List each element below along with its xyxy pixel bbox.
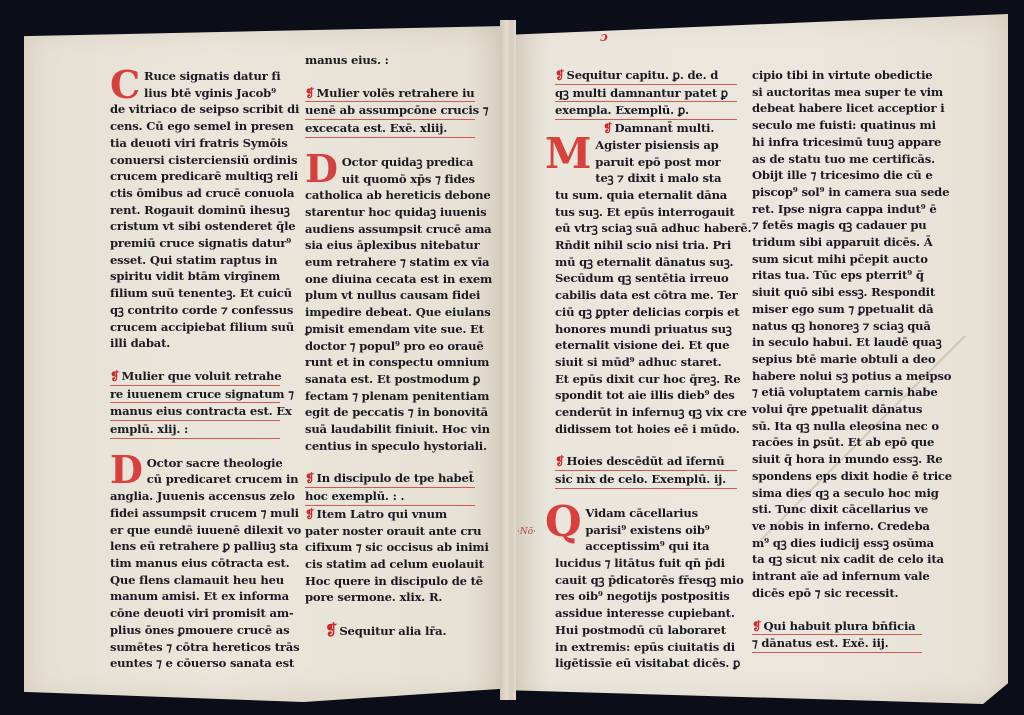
text-line: runt et in conspectu omnium [305, 354, 475, 371]
text-line: piscop⁹ sol⁹ in camera sua sede [752, 184, 922, 201]
text-line: seculo me fuisti: quatinus mi [752, 117, 922, 134]
text-line: acceptissim⁹ qui ita [555, 538, 737, 555]
text-line: siuit q̄ hora in mundo essꝫ. Re [752, 451, 922, 468]
text-line: illi dabat. [110, 335, 280, 352]
text-line: racōes in ꝑsūt. Et ab epō que [752, 434, 922, 451]
text-line: qꝫ contrito corde ⁊ confessus [110, 302, 280, 319]
text-line: sti. Tunc dixit cācellarius ve [752, 501, 922, 518]
text-line: egit de peccatis ⁊ in bonovitā [305, 404, 475, 421]
text-line: eternalit visione dei. Et que [555, 337, 737, 354]
text-line: eū vtrꝫ sciaꝫ suā adhuc haberē. [555, 220, 737, 237]
text-line: si auctoritas mea super te vim [752, 84, 922, 101]
text-line: in extremis: epūs ciuitatis di [555, 639, 737, 656]
text-line: premiū cruce signatis datur⁹ [110, 235, 280, 252]
text-line: Hui postmodū cū laboraret [555, 622, 737, 639]
text-line: de vitriaco de seipso scribit di [110, 101, 280, 118]
paragraph-lines: ❡Sequitur capitu. ꝑ. de. dqꝫ multi damna… [555, 67, 737, 120]
text-line: rent. Rogauit dominū ihesuꝫ [110, 202, 280, 219]
pilcrow-mark: ❡ [305, 86, 315, 100]
text-line: mū qꝫ eternalit dānatus suꝫ. [555, 254, 737, 271]
paragraph: D Octor quidaꝫ predicauit quomō xp̄s ⁊ f… [305, 154, 475, 455]
rubric-heading: ❡Sequitur capitu. ꝑ. de. dqꝫ multi damna… [555, 67, 737, 120]
paragraph-lines: ❡Damnant̄ multi. [603, 120, 737, 137]
text-line: ciū qꝫ ꝑpter delicias corpis et [555, 304, 737, 321]
text-line: suā laudabilit finiuit. Hoc vin [305, 421, 475, 438]
text-line: ve nobis in inferno. Credeba [752, 518, 922, 535]
pilcrow-mark: ❡ [305, 471, 315, 485]
text-line: spondens eps dixit hodie ē trice [752, 468, 922, 485]
text-line: cabilis data est cōtra me. Ter [555, 287, 737, 304]
text-line: hi infra tricesimū tuuꝫ appare [752, 134, 922, 151]
text-line: Hoc quere in discipulo de tē [305, 573, 475, 590]
text-line: ❡In discipulo de tpe habet̄ [305, 470, 475, 488]
rubricated-initial: Q [545, 505, 581, 539]
text-line: audiens assumpsit crucē ama [305, 221, 475, 238]
text-line: conuersi cisterciensiū ordinis [110, 152, 280, 169]
pilcrow-mark: ❡ [110, 369, 120, 383]
text-line: re iuuenem cruce signatum ⁊ [110, 386, 280, 404]
pilcrow-mark: ❡ [305, 507, 315, 521]
text-line: ritas tua. Tūc eps pterrit⁹ q̄ [752, 267, 922, 284]
text-column-right-b: cipio tibi in virtute obedictiesi auctor… [752, 67, 922, 669]
text-line: ❡Hoies descēdūt ad īfernū [555, 453, 737, 471]
text-line: sic nix de celo. Exemplū. ij. [555, 471, 737, 489]
text-line: dicēs epō ⁊ sic recessit. [752, 585, 922, 602]
paragraph-lines: ❡Qui habuit plura bn̄ficia⁊ dānatus est.… [752, 618, 922, 653]
text-line: spiritu vidit btām virgīnem [110, 268, 280, 285]
margin-note: ·Nō· [517, 527, 536, 537]
text-line: plum vt nullus causam fidei [305, 287, 475, 304]
text-line: habere nolui sꝫ potius a meipso [752, 368, 922, 385]
text-line: catholica ab hereticis debone [305, 187, 475, 204]
text-line: tridum sibi apparuit dicēs. Ā [752, 234, 922, 251]
pilcrow-mark: ❡ [603, 121, 613, 135]
text-line: one diuina cecata est in exem [305, 271, 475, 288]
text-line: ⁊ dānatus est. Exē. iij. [752, 635, 922, 653]
paragraph-lines: ❡Hoies descēdūt ad īfernūsic nix de celo… [555, 453, 737, 488]
text-line: cipio tibi in virtute obedictie [752, 67, 922, 84]
text-line: Vidam cācellarius [555, 505, 737, 522]
text-column-left-b: manus eius. : ❡Mulier volēs retrahere iu… [305, 52, 475, 640]
text-line: cis statim ad celum euolauit [305, 556, 475, 573]
text-line: sumētes ⁊ cōtra hereticos trās [110, 639, 280, 656]
book-gutter [500, 20, 516, 700]
text-line: m⁹ qꝫ dies iudicij essꝫ osūma [752, 535, 922, 552]
text-line: miser ego sum ⁊ ꝑpetualit dā [752, 301, 922, 318]
text-line: Rn̄dit nihil scio nisi tria. Pri [555, 237, 737, 254]
text-line: tia deuoti viri fratris Symōis [110, 135, 280, 152]
text-line: as de statu tuo me certificās. [752, 151, 922, 168]
text-line: starentur hoc quidaꝫ iuuenis [305, 204, 475, 221]
text-line: eum retrahere ⁊ statim ex vīa [305, 254, 475, 271]
text-line: ꝑmisit emendam vite sue. Et [305, 321, 475, 338]
folio-mark: ɔ [600, 30, 608, 45]
text-line: Que flens clamauit heu heu [110, 572, 280, 589]
rubric-heading: ❡Qui habuit plura bn̄ficia⁊ dānatus est.… [752, 618, 922, 653]
paragraph-lines: ❡Item Latro qui vnumpater noster orauit … [305, 506, 475, 606]
text-line: parisi⁹ existens oib⁹ [555, 522, 737, 539]
paragraph-lines: manus eius. : [305, 52, 475, 69]
text-line: cristum vt sibi ostenderet q̄le [110, 218, 280, 235]
paragraph: ❡Item Latro qui vnumpater noster orauit … [305, 506, 475, 606]
text-line: ❡Item Latro qui vnum [305, 506, 475, 523]
text-line: sima dies qꝫ a seculo hoc mig [752, 485, 922, 502]
pilcrow-mark: ❡ [555, 68, 565, 82]
paragraph: C Ruce signatis datur filius btē vginis … [110, 68, 280, 352]
paragraph-lines: ❡Mulier que voluit retrahere iuuenem cru… [110, 368, 280, 439]
text-line: siuit quō sibi essꝫ. Respondit [752, 284, 922, 301]
text-line: doctor ⁊ popul⁹ pro eo orauē [305, 338, 475, 355]
text-line: uenē ab assumpcōne crucis ⁊ [305, 102, 475, 120]
text-line: fectam ⁊ plenam penitentiam [305, 388, 475, 405]
paragraph: Q Vidam cācellariusparisi⁹ existens oib⁹… [555, 505, 737, 672]
text-line: intrant aīe ad infernum vale [752, 568, 922, 585]
rubricated-initial: D [110, 455, 143, 485]
text-line: sum sicut mihi pc̄epit aucto [752, 251, 922, 268]
text-line: lens eū retrahere ꝑ palliuꝫ sta [110, 538, 280, 555]
text-line: qꝫ multi damnantur patet ꝑ [555, 85, 737, 103]
rubric-heading: ❡Mulier volēs retrahere iuuenē ab assump… [305, 85, 475, 138]
text-line: Obijt ille ⁊ tricesimo die cū e [752, 167, 922, 184]
text-line: sanata est. Et postmodum ꝑ [305, 371, 475, 388]
text-line: cens. Cū ego semel in presen [110, 118, 280, 135]
paragraph-lines: Agister pisiensis apparuit epō post mort… [555, 137, 737, 438]
paragraph-lines: cipio tibi in virtute obedictiesi auctor… [752, 67, 922, 602]
pilcrow-mark: ❡ [555, 454, 565, 468]
text-line: ligētissīe eū visitabat dicēs. ꝑ [555, 655, 737, 672]
text-line: natus qꝫ honoreꝫ ⁊ sciaꝫ quā [752, 318, 922, 335]
text-line: ❡Qui habuit plura bn̄ficia [752, 618, 922, 636]
text-line: tim manus eius cōtracta est. [110, 555, 280, 572]
text-line: sū. Ita qꝫ nulla eleosina nec o [752, 418, 922, 435]
text-line: plius ōnes ꝑmouere crucē as [110, 622, 280, 639]
text-line: ❡Mulier volēs retrahere iu [305, 85, 475, 103]
rubric-heading: ❡Hoies descēdūt ad īfernūsic nix de celo… [555, 453, 737, 488]
paragraph-lines: ❡Mulier volēs retrahere iuuenē ab assump… [305, 85, 475, 138]
paragraph-lines: ❡In discipulo de tpe habet̄hoc exemplū. … [305, 470, 475, 505]
text-line: sia eius āplexibus nitebatur [305, 237, 475, 254]
text-line: pore sermone. xlix. R. [305, 589, 475, 606]
text-line: ⁊ fetēs magis qꝫ cadauer pu [752, 217, 922, 234]
text-line: Secūdum qꝫ sentētia irreuo [555, 270, 737, 287]
heading-text: Sequitur alia lr̄a. [339, 624, 446, 638]
text-line: manus eius contracta est. Ex [110, 403, 280, 421]
text-line: centius in speculo hystoriali. [305, 438, 475, 455]
text-line: crucem predicarē multiqꝫ reli [110, 168, 280, 185]
text-line: debeat habere licet acceptior i [752, 100, 922, 117]
text-line: in seculo habui. Et laudē quaꝫ [752, 334, 922, 351]
text-line: esset. Qui statim raptus in [110, 252, 280, 269]
paragraph-lines: Octor sacre theologiecū predicaret cruce… [110, 455, 280, 672]
text-line: ❡Damnant̄ multi. [603, 120, 737, 137]
text-line: cauit qꝫ p̄dicatorēs fr̄esqꝫ mio [555, 572, 737, 589]
text-line: emplū. xlij. : [110, 421, 280, 439]
text-line: hoc exemplū. : . [305, 488, 475, 506]
text-column-left-a: C Ruce signatis datur filius btē vginis … [110, 68, 280, 688]
text-line: filium suū tenenteꝫ. Et cuicū [110, 285, 280, 302]
text-line: er que eundē iuuenē dilexit vo [110, 522, 280, 539]
text-line: manum amisi. Et ex informa [110, 588, 280, 605]
text-line: tus suꝫ. Et epūs interrogauit [555, 204, 737, 221]
text-line: crucem accipiebat filium suū [110, 319, 280, 336]
text-line: excecata est. Exē. xliij. [305, 120, 475, 138]
text-line: siuit si mūd⁹ adhuc staret. [555, 354, 737, 371]
pilcrow-mark: ❡ [752, 619, 762, 633]
text-line: manus eius. : [305, 52, 475, 69]
text-line: pater noster orauit ante cru [305, 523, 475, 540]
paragraph-lines: Octor quidaꝫ predicauit quomō xp̄s ⁊ fid… [305, 154, 475, 455]
text-line: cifixum ⁊ sic occisus ab inimi [305, 539, 475, 556]
text-line: lucidus ⁊ litātus fuit qn̄ p̄di [555, 555, 737, 572]
text-line: volui q̄re ꝑpetualit dānatus [752, 401, 922, 418]
text-line: didissem tot hoies eē i mūdo. [555, 421, 737, 438]
text-line: impedire debeat. Que eiulans [305, 304, 475, 321]
text-line: Et epūs dixit cur hoc q̄reꝫ. Re [555, 371, 737, 388]
rubric-heading: ❡Mulier que voluit retrahere iuuenem cru… [110, 368, 280, 439]
text-line: anglia. Juuenis accensus zelo [110, 488, 280, 505]
text-line: fidei assumpsit crucem ⁊ muli [110, 505, 280, 522]
paragraph: manus eius. : [305, 52, 475, 69]
text-line: ❡Sequitur capitu. ꝑ. de. d [555, 67, 737, 85]
paragraph: D Octor sacre theologiecū predicaret cru… [110, 455, 280, 672]
text-line: sepius btē marie obtuli a deo [752, 351, 922, 368]
text-line: euntes ⁊ e cōuerso sanata est [110, 655, 280, 672]
text-line: tu sum. quia eternalit dāna [555, 187, 737, 204]
rubricated-initial: M [545, 137, 591, 171]
paragraph-lines: Vidam cācellariusparisi⁹ existens oib⁹ac… [555, 505, 737, 672]
paragraph: M Agister pisiensis apparuit epō post mo… [555, 137, 737, 438]
text-line: cōne deuoti viri promisit am- [110, 605, 280, 622]
paragraph-lines: Ruce signatis datur filius btē vginis Ja… [110, 68, 280, 352]
pilcrow-mark: ❡ [325, 621, 337, 639]
text-line: exempla. Exemplū. ꝑ. [555, 102, 737, 120]
rubricated-initial: C [110, 70, 140, 100]
text-line: spondit tot aie illis dieb⁹ des [555, 387, 737, 404]
rubricated-initial: D [305, 154, 338, 184]
text-line: res oib⁹ negotijs postpositis [555, 588, 737, 605]
text-line: cenderūt in infernuꝫ qꝫ vix cre [555, 404, 737, 421]
text-line: honores mundi priuatus suꝫ [555, 321, 737, 338]
text-line: ❡Mulier que voluit retrahe [110, 368, 280, 386]
text-line: ta qꝫ sicut nix cadit de celo ita [752, 551, 922, 568]
paragraph: cipio tibi in virtute obedictiesi auctor… [752, 67, 922, 602]
text-line: ctis ōmibus ad crucē conuola [110, 185, 280, 202]
text-line: ret. Ipse nigra cappa indut⁹ ē [752, 201, 922, 218]
text-line: ⁊ etiā voluptatem carnis habe [752, 384, 922, 401]
section-heading: ❡Sequitur alia lr̄a. [305, 622, 475, 640]
text-column-right-a: ❡Sequitur capitu. ꝑ. de. dqꝫ multi damna… [555, 67, 737, 688]
text-line: assidue interesse cupiebant. [555, 605, 737, 622]
rubric-heading: ❡In discipulo de tpe habet̄hoc exemplū. … [305, 470, 475, 505]
